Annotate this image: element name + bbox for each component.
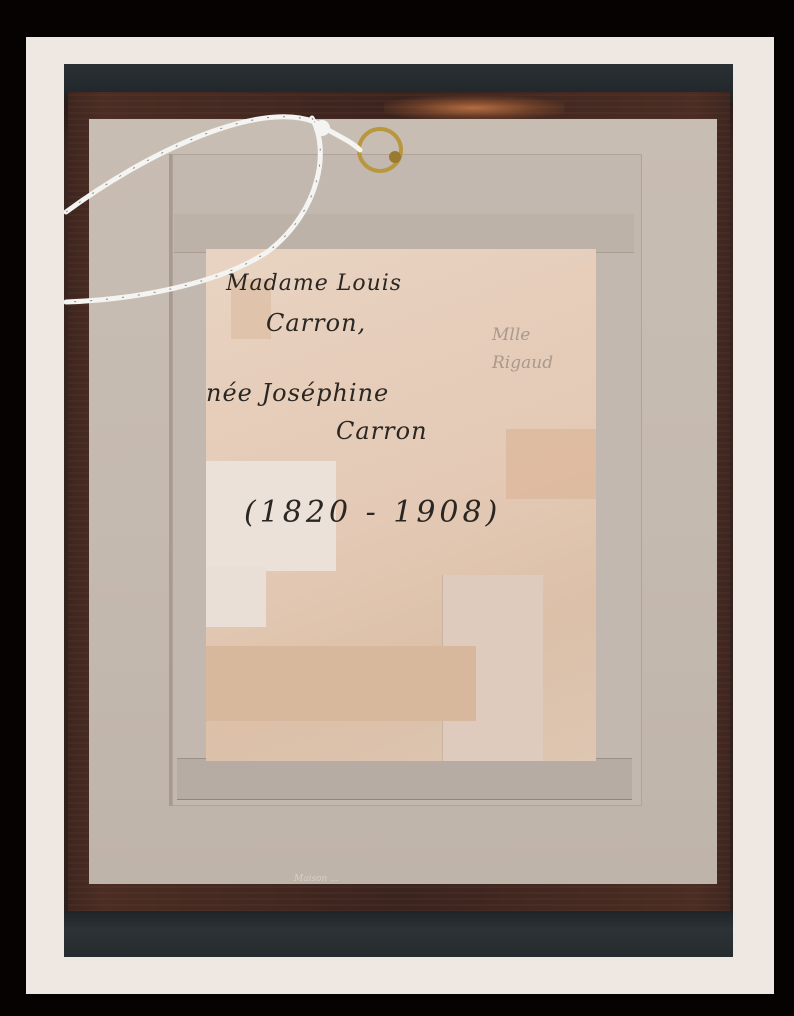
hanging-hardware bbox=[0, 0, 794, 1016]
hanging-string-icon bbox=[66, 117, 360, 302]
brass-ring-icon bbox=[359, 129, 401, 171]
